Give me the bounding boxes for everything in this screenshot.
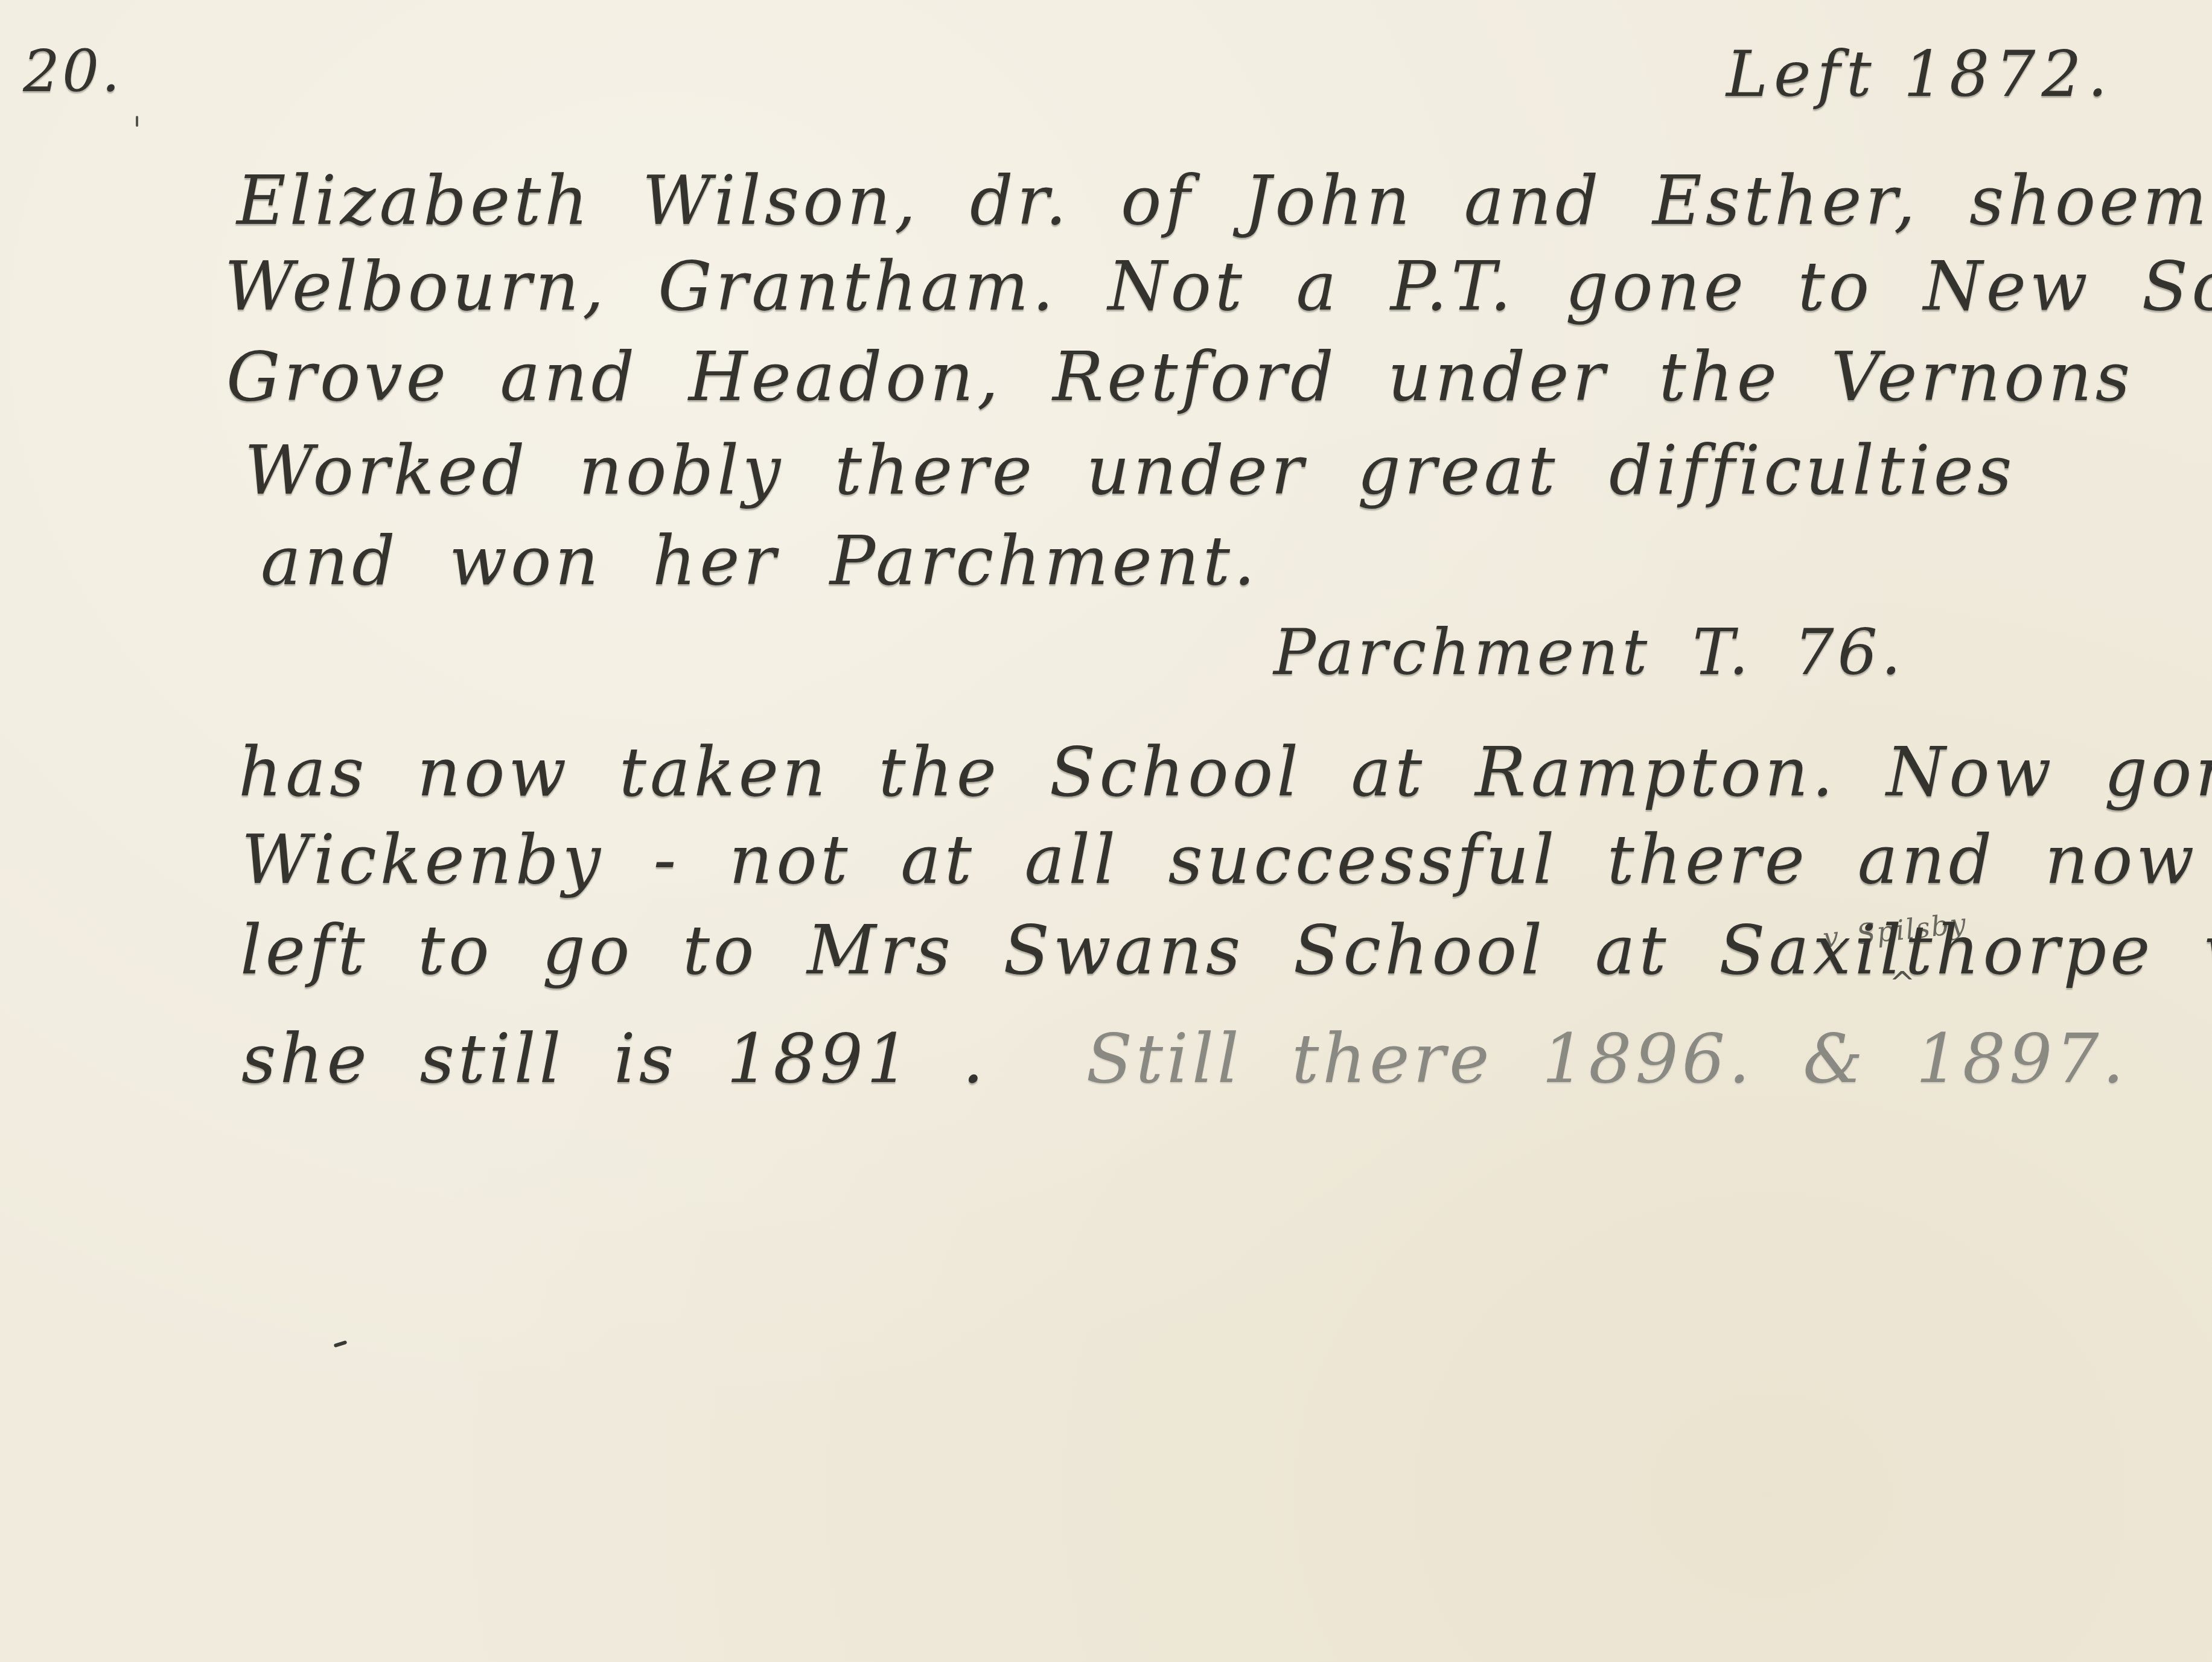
paragraph-2-line-with-addition: she still is 1891 . Still there 1896. & … bbox=[241, 1020, 2128, 1098]
paragraph-2-line: left to go to Mrs Swans School at Saxilt… bbox=[240, 911, 2212, 990]
paragraph-1-line: Elizabeth Wilson, dr. of John and Esther… bbox=[237, 162, 2212, 240]
insertion-caret-icon: ^ bbox=[1889, 966, 1916, 1002]
paragraph-1-line: Grove and Headon, Retford under the Vern… bbox=[226, 338, 2134, 416]
paragraph-2-line: she still is 1891 . bbox=[241, 1020, 987, 1098]
parchment-note: Parchment T. 76. bbox=[1273, 616, 1905, 689]
paragraph-2-line: Wickenby - not at all successful there a… bbox=[241, 821, 2212, 899]
ink-mark bbox=[136, 116, 138, 127]
paragraph-1-line: Welbourn, Grantham. Not a P.T. gone to N… bbox=[225, 247, 2212, 326]
stray-ink-mark bbox=[334, 1340, 348, 1348]
entry-number: 20. bbox=[23, 37, 123, 105]
left-date: Left 1872. bbox=[1726, 37, 2114, 111]
later-addition: Still there 1896. & 1897. bbox=[1086, 1020, 2128, 1098]
paragraph-1-line: Worked nobly there under great difficult… bbox=[244, 431, 2016, 510]
document-page: 20. Left 1872. Elizabeth Wilson, dr. of … bbox=[0, 0, 2212, 1662]
paragraph-1-line: and won her Parchment. bbox=[261, 522, 1259, 600]
paragraph-2-line: has now taken the School at Rampton. Now… bbox=[238, 733, 2212, 812]
